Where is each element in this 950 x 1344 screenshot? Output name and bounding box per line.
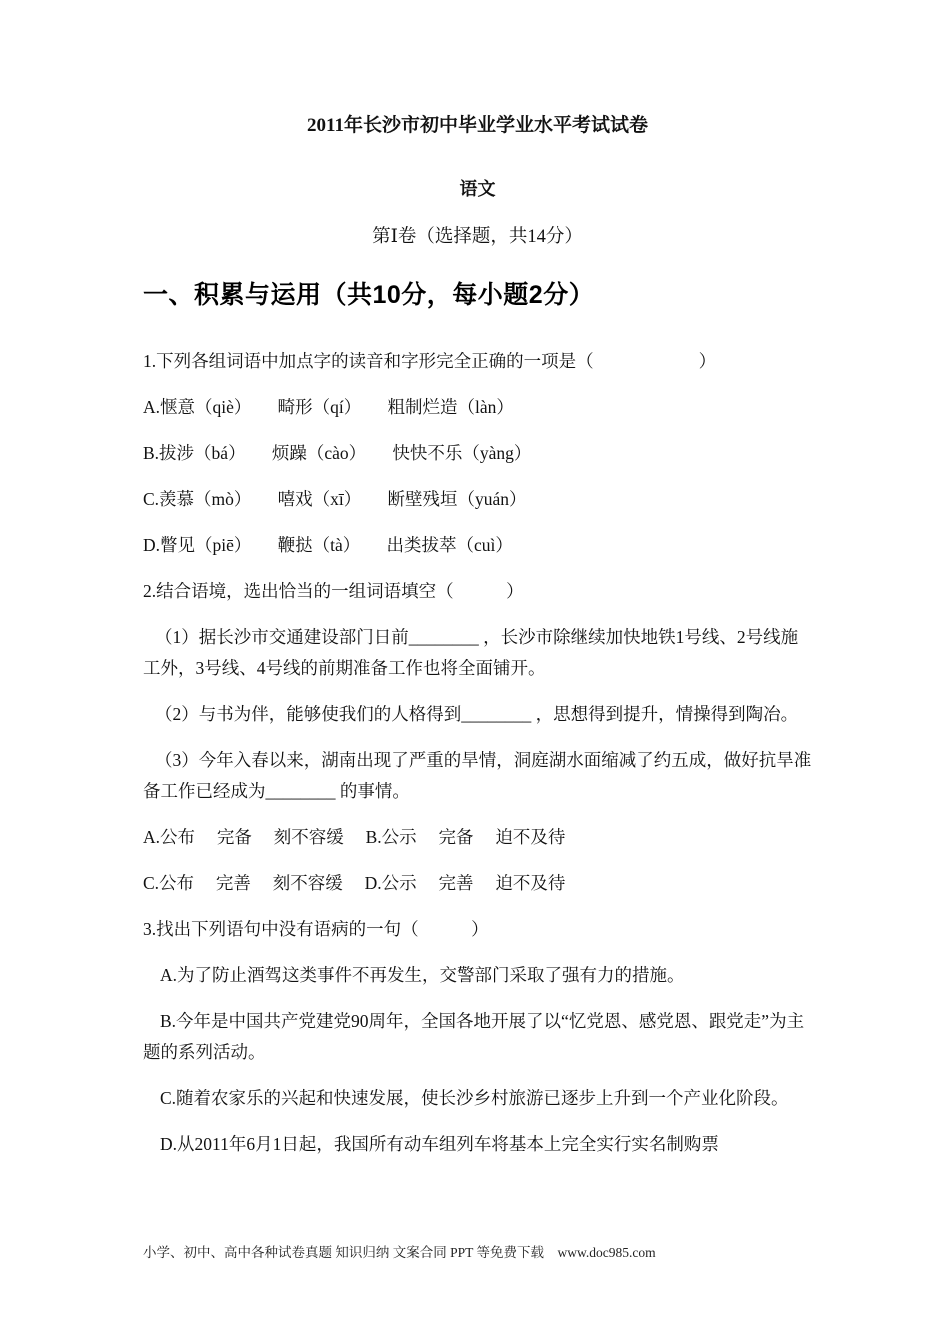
q3-option-b: B.今年是中国共产党建党90周年，全国各地开展了以“忆党恩、感党恩、跟党走”为主… bbox=[143, 1006, 812, 1068]
q1-option-b: B.拔涉（bá） 烦躁（cào） 快快不乐（yàng） bbox=[143, 438, 812, 469]
q3-option-a: A.为了防止酒驾这类事件不再发生，交警部门采取了强有力的措施。 bbox=[143, 960, 812, 991]
q1-option-d: D.瞥见（piē） 鞭挞（tà） 出类拔萃（cuì） bbox=[143, 530, 812, 561]
section-i-header: 第Ⅰ卷（选择题，共14分） bbox=[143, 224, 812, 250]
page-footer: 小学、初中、高中各种试卷真题 知识归纳 文案合同 PPT 等免费下载 www.d… bbox=[143, 1244, 656, 1262]
q3-stem: 3.找出下列语句中没有语病的一句（ ） bbox=[143, 914, 812, 945]
q2-options-row-ab: A.公布 完备 刻不容缓 B.公示 完备 迫不及待 bbox=[143, 822, 812, 853]
q1-option-a: A.惬意（qiè） 畸形（qí） 粗制烂造（làn） bbox=[143, 392, 812, 423]
doc-title: 2011年长沙市初中毕业学业水平考试试卷 bbox=[143, 112, 812, 140]
q1-stem: 1.下列各组词语中加点字的读音和字形完全正确的一项是（ ） bbox=[143, 346, 812, 377]
footer-text: 小学、初中、高中各种试卷真题 知识归纳 文案合同 PPT 等免费下载 www.d… bbox=[143, 1245, 656, 1260]
q2-part-2: （2）与书为伴，能够使我们的人格得到________ ，思想得到提升，情操得到陶… bbox=[143, 699, 812, 730]
part1-heading: 一、积累与运用（共10分，每小题2分） bbox=[143, 278, 812, 312]
exam-document-page: 2011年长沙市初中毕业学业水平考试试卷 语文 第Ⅰ卷（选择题，共14分） 一、… bbox=[0, 0, 950, 1344]
q2-options-row-cd: C.公布 完善 刻不容缓 D.公示 完善 迫不及待 bbox=[143, 868, 812, 899]
q1-option-c: C.羡慕（mò） 嘻戏（xī） 断壁残垣（yuán） bbox=[143, 484, 812, 515]
q2-stem: 2.结合语境，选出恰当的一组词语填空（ ） bbox=[143, 576, 812, 607]
q2-part-3: （3）今年入春以来，湖南出现了严重的旱情，洞庭湖水面缩减了约五成，做好抗旱准备工… bbox=[143, 745, 812, 807]
q3-option-c: C.随着农家乐的兴起和快速发展，使长沙乡村旅游已逐步上升到一个产业化阶段。 bbox=[143, 1083, 812, 1114]
q3-option-d: D.从2011年6月1日起，我国所有动车组列车将基本上完全实行实名制购票 bbox=[143, 1129, 812, 1160]
doc-subject: 语文 bbox=[143, 176, 812, 202]
q2-part-1: （1）据长沙市交通建设部门日前________ ，长沙市除继续加快地铁1号线、2… bbox=[143, 622, 812, 684]
document-content: 2011年长沙市初中毕业学业水平考试试卷 语文 第Ⅰ卷（选择题，共14分） 一、… bbox=[0, 0, 950, 1160]
